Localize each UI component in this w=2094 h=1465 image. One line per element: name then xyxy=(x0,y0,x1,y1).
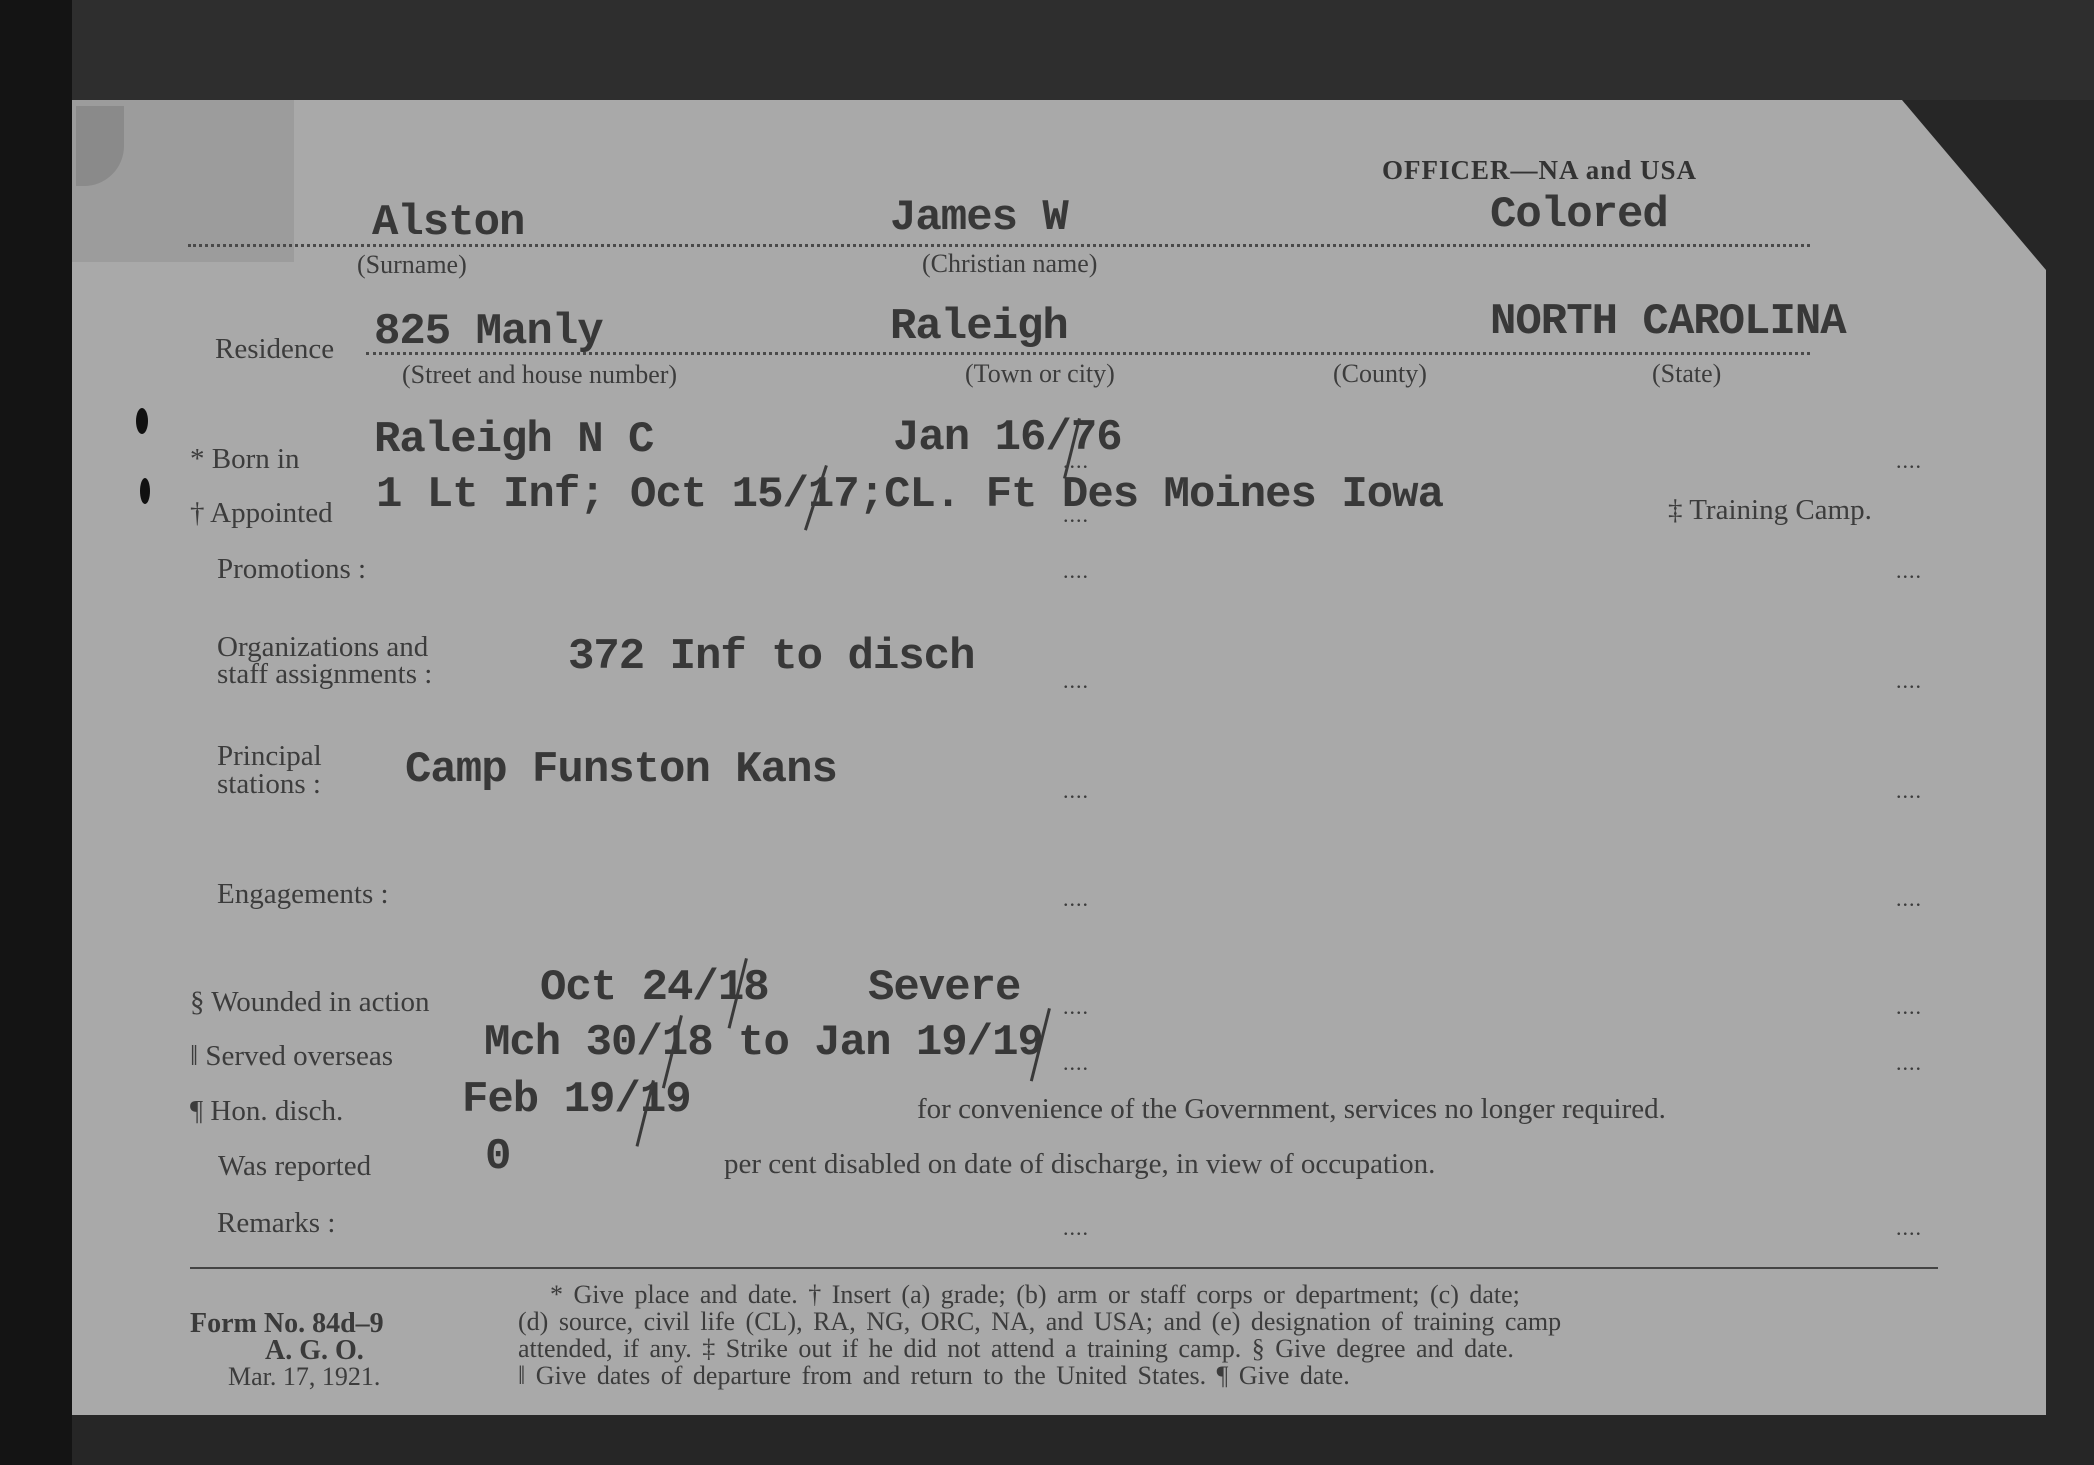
ink-blot xyxy=(140,478,150,504)
christian-name-value: James W xyxy=(890,193,1068,243)
hon-disch-reason: for convenience of the Government, servi… xyxy=(917,1093,1666,1126)
reported-label: Was reported xyxy=(218,1150,371,1183)
training-camp-label: ‡ Training Camp. xyxy=(1668,494,1872,527)
surname-caption: (Surname) xyxy=(357,250,467,280)
organizations-value: 372 Inf to disch xyxy=(568,632,974,682)
wounded-label: § Wounded in action xyxy=(190,986,430,1019)
dash-marker: .... xyxy=(1063,1215,1089,1241)
dash-marker: .... xyxy=(1896,886,1922,912)
dash-marker: .... xyxy=(1896,778,1922,804)
appointed-label: † Appointed xyxy=(190,497,333,530)
dash-marker: .... xyxy=(1063,778,1089,804)
backdrop-left xyxy=(0,0,72,1465)
dash-marker: .... xyxy=(1896,1215,1922,1241)
engagements-label: Engagements : xyxy=(217,878,389,911)
form-date: Mar. 17, 1921. xyxy=(228,1362,380,1392)
dash-marker: .... xyxy=(1063,668,1089,694)
dash-marker: .... xyxy=(1896,668,1922,694)
dash-marker: .... xyxy=(1896,448,1922,474)
residence-line xyxy=(366,352,1810,355)
footer-divider xyxy=(190,1267,1938,1269)
dash-marker: .... xyxy=(1063,502,1089,528)
dash-marker: .... xyxy=(1063,886,1089,912)
backdrop-top xyxy=(72,0,2094,100)
name-line xyxy=(188,244,1810,247)
dash-marker: .... xyxy=(1896,558,1922,584)
born-in-label: * Born in xyxy=(190,443,300,476)
dash-marker: .... xyxy=(1896,994,1922,1020)
overseas-label: ‖ Served overseas xyxy=(190,1040,393,1073)
hon-disch-label: ¶ Hon. disch. xyxy=(190,1095,343,1128)
street-caption: (Street and house number) xyxy=(402,360,677,390)
reported-value: 0 xyxy=(485,1132,510,1182)
promotions-label: Promotions : xyxy=(217,553,366,586)
born-place-value: Raleigh N C xyxy=(374,415,653,465)
state-value: NORTH CAROLINA xyxy=(1490,297,1846,347)
county-caption: (County) xyxy=(1333,359,1427,389)
organizations-label-2: staff assignments : xyxy=(217,660,432,689)
dash-marker: .... xyxy=(1063,994,1089,1020)
ink-blot xyxy=(136,408,148,434)
town-value: Raleigh xyxy=(890,302,1068,352)
residence-label: Residence xyxy=(215,333,334,366)
remarks-label: Remarks : xyxy=(217,1207,335,1240)
wounded-degree-value: Severe xyxy=(868,963,1020,1013)
dash-marker: .... xyxy=(1063,1050,1089,1076)
appointed-value: 1 Lt Inf; Oct 15/17;CL. Ft Des Moines Io… xyxy=(376,470,1443,520)
surname-value: Alston xyxy=(372,198,524,248)
footer-note-4: ‖ Give dates of departure from and retur… xyxy=(518,1361,1350,1391)
overseas-value: Mch 30/18 to Jan 19/19 xyxy=(484,1018,1043,1068)
footer-note-1: * Give place and date. † Insert (a) grad… xyxy=(550,1280,1520,1310)
stations-value: Camp Funston Kans xyxy=(405,745,837,795)
dash-marker: .... xyxy=(1063,558,1089,584)
town-caption: (Town or city) xyxy=(965,359,1115,389)
stations-label-2: stations : xyxy=(217,770,321,799)
record-class-header: OFFICER—NA and USA xyxy=(1382,155,1697,186)
state-caption: (State) xyxy=(1652,359,1721,389)
reported-suffix: per cent disabled on date of discharge, … xyxy=(724,1148,1435,1181)
race-value: Colored xyxy=(1490,190,1668,240)
street-value: 825 Manly xyxy=(374,307,603,357)
footer-note-3: attended, if any. ‡ Strike out if he did… xyxy=(518,1334,1514,1364)
dash-marker: .... xyxy=(1896,1050,1922,1076)
hon-disch-date-value: Feb 19/19 xyxy=(462,1075,691,1125)
christian-name-caption: (Christian name) xyxy=(922,249,1097,279)
stations-label: Principal xyxy=(217,742,322,771)
footer-note-2: (d) source, civil life (CL), RA, NG, ORC… xyxy=(518,1307,1561,1337)
